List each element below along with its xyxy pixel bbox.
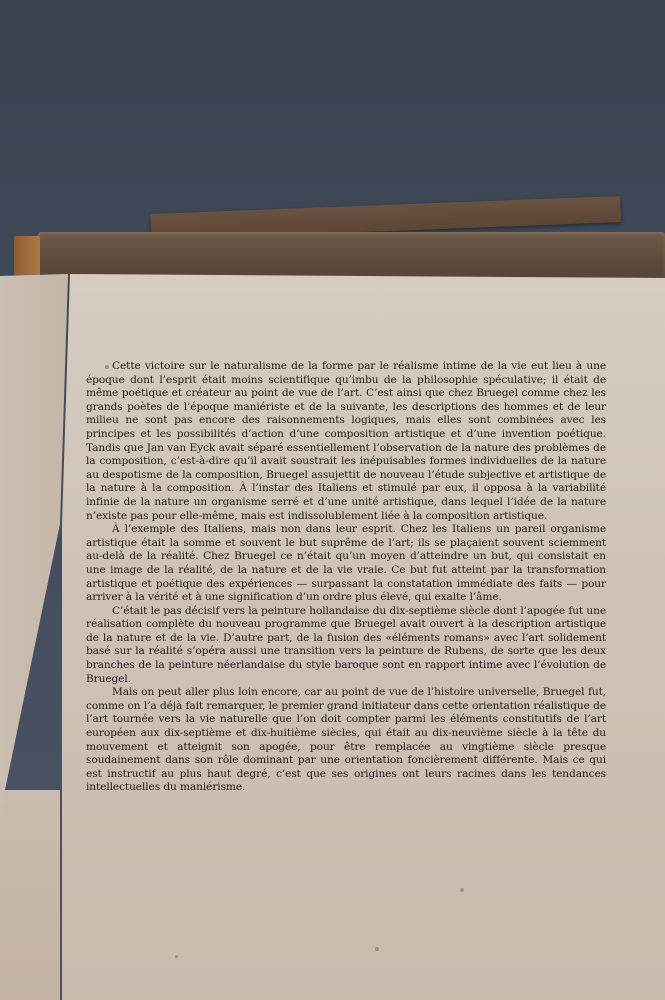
paper-spot (460, 888, 464, 892)
under-page (0, 790, 60, 1000)
paragraph: À l’exemple des Italiens, mais non dans … (86, 523, 606, 605)
photo-scene: Cette victoire sur le naturalisme de la … (0, 0, 665, 1000)
paper-spot (175, 955, 178, 958)
body-text: Cette victoire sur le naturalisme de la … (86, 360, 606, 795)
folder-edge-tab (14, 236, 40, 276)
paragraph: Cette victoire sur le naturalisme de la … (86, 360, 606, 523)
paragraph: C’était le pas décisif vers la peinture … (86, 605, 606, 687)
paragraph: Mais on peut aller plus loin encore, car… (86, 686, 606, 795)
paper-spot (375, 947, 379, 951)
